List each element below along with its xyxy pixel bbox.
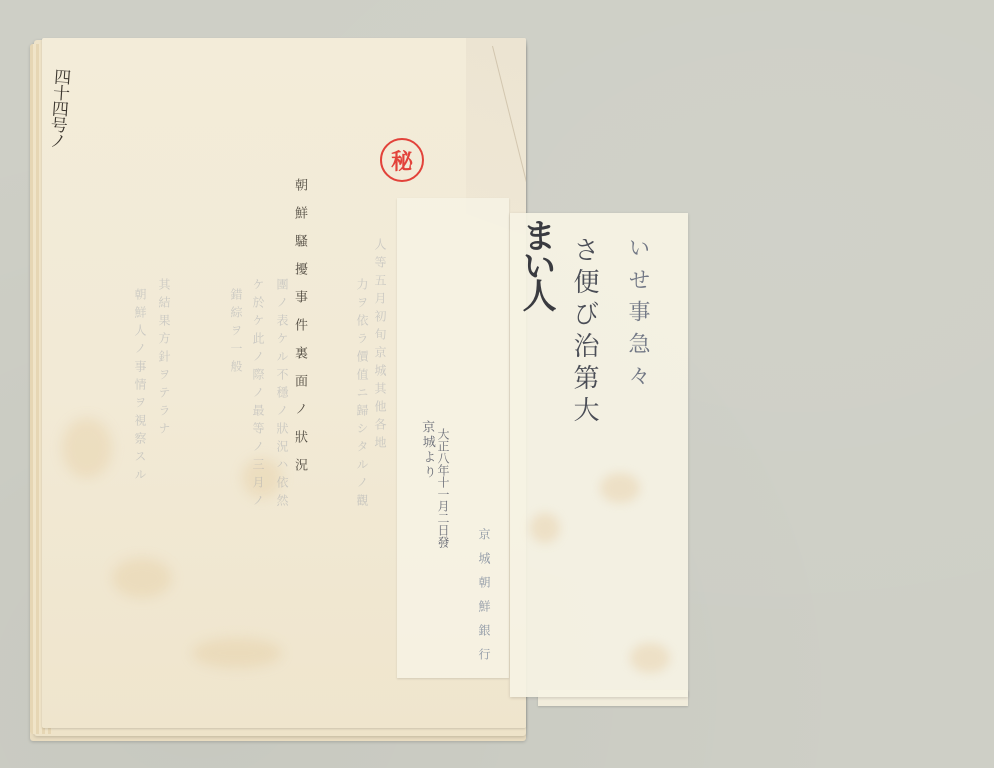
document-title: 朝鮮騷擾事件裏面ノ狀況 [290, 178, 309, 486]
printed-bank-name: 京城朝鮮銀行 [476, 528, 493, 672]
stain [192, 638, 282, 668]
bleed-through-text: 團ノ表ケル不穩ノ狀況ハ依然 [274, 278, 291, 512]
brush-writing-line: いせ事急々 [622, 236, 653, 396]
brush-writing-line: まい人 [512, 218, 561, 308]
bleed-through-text: 其結果方針ヲテラナ [156, 278, 173, 440]
bleed-through-text: 錯綜ヲ一般 [228, 288, 245, 378]
stain [600, 473, 640, 503]
stain [630, 643, 670, 673]
stain [112, 558, 172, 598]
bleed-through-text: 力ヲ依ラ價值ニ歸シタルノ觀 [354, 278, 371, 512]
seal-text: 秘 [391, 145, 413, 176]
bleed-through-text: ケ於ケ此ノ際ノ最等ノ三月ノ [250, 278, 267, 512]
bleed-through-text: 朝鮮人ノ事情ヲ視察スル [132, 288, 149, 486]
bleed-through-text: 人等五月初旬京城其他各地 [372, 238, 389, 454]
confidential-seal-icon: 秘 [380, 138, 424, 182]
pencil-note-date: 大正八年十一月二日發 [435, 428, 452, 548]
stain [530, 513, 560, 543]
stain [62, 418, 112, 478]
brush-writing-line: さ便び治第大 [566, 236, 603, 428]
